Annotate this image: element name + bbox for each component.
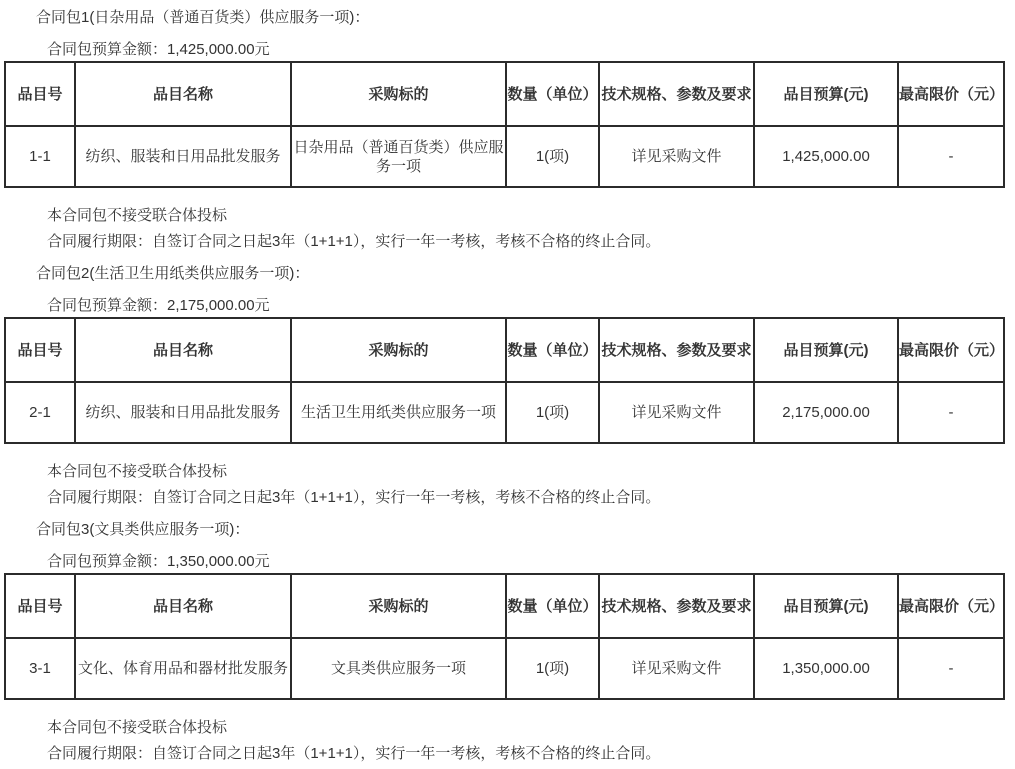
- col-header-max-price: 最高限价（元）: [898, 318, 1004, 382]
- budget-amount-line: 合同包预算金额：1,350,000.00元: [47, 552, 1015, 571]
- cell-spec: 详见采购文件: [599, 638, 754, 699]
- cell-spec: 详见采购文件: [599, 382, 754, 443]
- col-header-item-no: 品目号: [5, 318, 75, 382]
- no-joint-bid-note: 本合同包不接受联合体投标: [47, 462, 1015, 481]
- cell-item-budget: 2,175,000.00: [754, 382, 898, 443]
- col-header-quantity: 数量（单位）: [506, 318, 599, 382]
- col-header-procurement-target: 采购标的: [291, 318, 506, 382]
- no-joint-bid-note: 本合同包不接受联合体投标: [47, 718, 1015, 737]
- no-joint-bid-note: 本合同包不接受联合体投标: [47, 206, 1015, 225]
- cell-spec: 详见采购文件: [599, 126, 754, 187]
- cell-quantity: 1(项): [506, 638, 599, 699]
- cell-item-no: 3-1: [5, 638, 75, 699]
- col-header-item-no: 品目号: [5, 574, 75, 638]
- cell-procurement-target: 文具类供应服务一项: [291, 638, 506, 699]
- cell-item-name: 纺织、服装和日用品批发服务: [75, 382, 291, 443]
- col-header-item-name: 品目名称: [75, 318, 291, 382]
- col-header-max-price: 最高限价（元）: [898, 574, 1004, 638]
- table-row: 2-1 纺织、服装和日用品批发服务 生活卫生用纸类供应服务一项 1(项) 详见采…: [5, 382, 1004, 443]
- section-title: 合同包3(文具类供应服务一项)：: [36, 520, 1015, 539]
- cell-max-price: -: [898, 638, 1004, 699]
- table-row: 3-1 文化、体育用品和器材批发服务 文具类供应服务一项 1(项) 详见采购文件…: [5, 638, 1004, 699]
- col-header-spec: 技术规格、参数及要求: [599, 62, 754, 126]
- cell-item-budget: 1,425,000.00: [754, 126, 898, 187]
- section-title: 合同包1(日杂用品（普通百货类）供应服务一项)：: [36, 8, 1015, 27]
- performance-period-note: 合同履行期限：自签订合同之日起3年（1+1+1），实行一年一考核，考核不合格的终…: [47, 488, 1015, 507]
- cell-item-name: 纺织、服装和日用品批发服务: [75, 126, 291, 187]
- section-title: 合同包2(生活卫生用纸类供应服务一项)：: [36, 264, 1015, 283]
- col-header-item-no: 品目号: [5, 62, 75, 126]
- col-header-quantity: 数量（单位）: [506, 62, 599, 126]
- table-header-row: 品目号 品目名称 采购标的 数量（单位） 技术规格、参数及要求 品目预算(元) …: [5, 62, 1004, 126]
- performance-period-note: 合同履行期限：自签订合同之日起3年（1+1+1），实行一年一考核，考核不合格的终…: [47, 232, 1015, 251]
- performance-period-note: 合同履行期限：自签订合同之日起3年（1+1+1），实行一年一考核，考核不合格的终…: [47, 744, 1015, 763]
- contract-package-3-section: 合同包3(文具类供应服务一项)： 合同包预算金额：1,350,000.00元 品…: [0, 520, 1015, 763]
- cell-item-budget: 1,350,000.00: [754, 638, 898, 699]
- col-header-quantity: 数量（单位）: [506, 574, 599, 638]
- col-header-spec: 技术规格、参数及要求: [599, 318, 754, 382]
- cell-max-price: -: [898, 126, 1004, 187]
- contract-package-1-section: 合同包1(日杂用品（普通百货类）供应服务一项)： 合同包预算金额：1,425,0…: [0, 8, 1015, 251]
- cell-item-no: 2-1: [5, 382, 75, 443]
- col-header-max-price: 最高限价（元）: [898, 62, 1004, 126]
- cell-item-no: 1-1: [5, 126, 75, 187]
- cell-procurement-target: 生活卫生用纸类供应服务一项: [291, 382, 506, 443]
- table-row: 1-1 纺织、服装和日用品批发服务 日杂用品（普通百货类）供应服务一项 1(项)…: [5, 126, 1004, 187]
- cell-quantity: 1(项): [506, 126, 599, 187]
- contract-package-2-section: 合同包2(生活卫生用纸类供应服务一项)： 合同包预算金额：2,175,000.0…: [0, 264, 1015, 507]
- items-table-3: 品目号 品目名称 采购标的 数量（单位） 技术规格、参数及要求 品目预算(元) …: [4, 573, 1005, 700]
- cell-item-name: 文化、体育用品和器材批发服务: [75, 638, 291, 699]
- items-table-2: 品目号 品目名称 采购标的 数量（单位） 技术规格、参数及要求 品目预算(元) …: [4, 317, 1005, 444]
- col-header-procurement-target: 采购标的: [291, 62, 506, 126]
- col-header-spec: 技术规格、参数及要求: [599, 574, 754, 638]
- col-header-item-name: 品目名称: [75, 574, 291, 638]
- items-table-1: 品目号 品目名称 采购标的 数量（单位） 技术规格、参数及要求 品目预算(元) …: [4, 61, 1005, 188]
- cell-procurement-target: 日杂用品（普通百货类）供应服务一项: [291, 126, 506, 187]
- budget-amount-line: 合同包预算金额：1,425,000.00元: [47, 40, 1015, 59]
- col-header-item-budget: 品目预算(元): [754, 574, 898, 638]
- table-header-row: 品目号 品目名称 采购标的 数量（单位） 技术规格、参数及要求 品目预算(元) …: [5, 574, 1004, 638]
- table-header-row: 品目号 品目名称 采购标的 数量（单位） 技术规格、参数及要求 品目预算(元) …: [5, 318, 1004, 382]
- col-header-procurement-target: 采购标的: [291, 574, 506, 638]
- cell-quantity: 1(项): [506, 382, 599, 443]
- col-header-item-budget: 品目预算(元): [754, 62, 898, 126]
- col-header-item-budget: 品目预算(元): [754, 318, 898, 382]
- cell-max-price: -: [898, 382, 1004, 443]
- budget-amount-line: 合同包预算金额：2,175,000.00元: [47, 296, 1015, 315]
- col-header-item-name: 品目名称: [75, 62, 291, 126]
